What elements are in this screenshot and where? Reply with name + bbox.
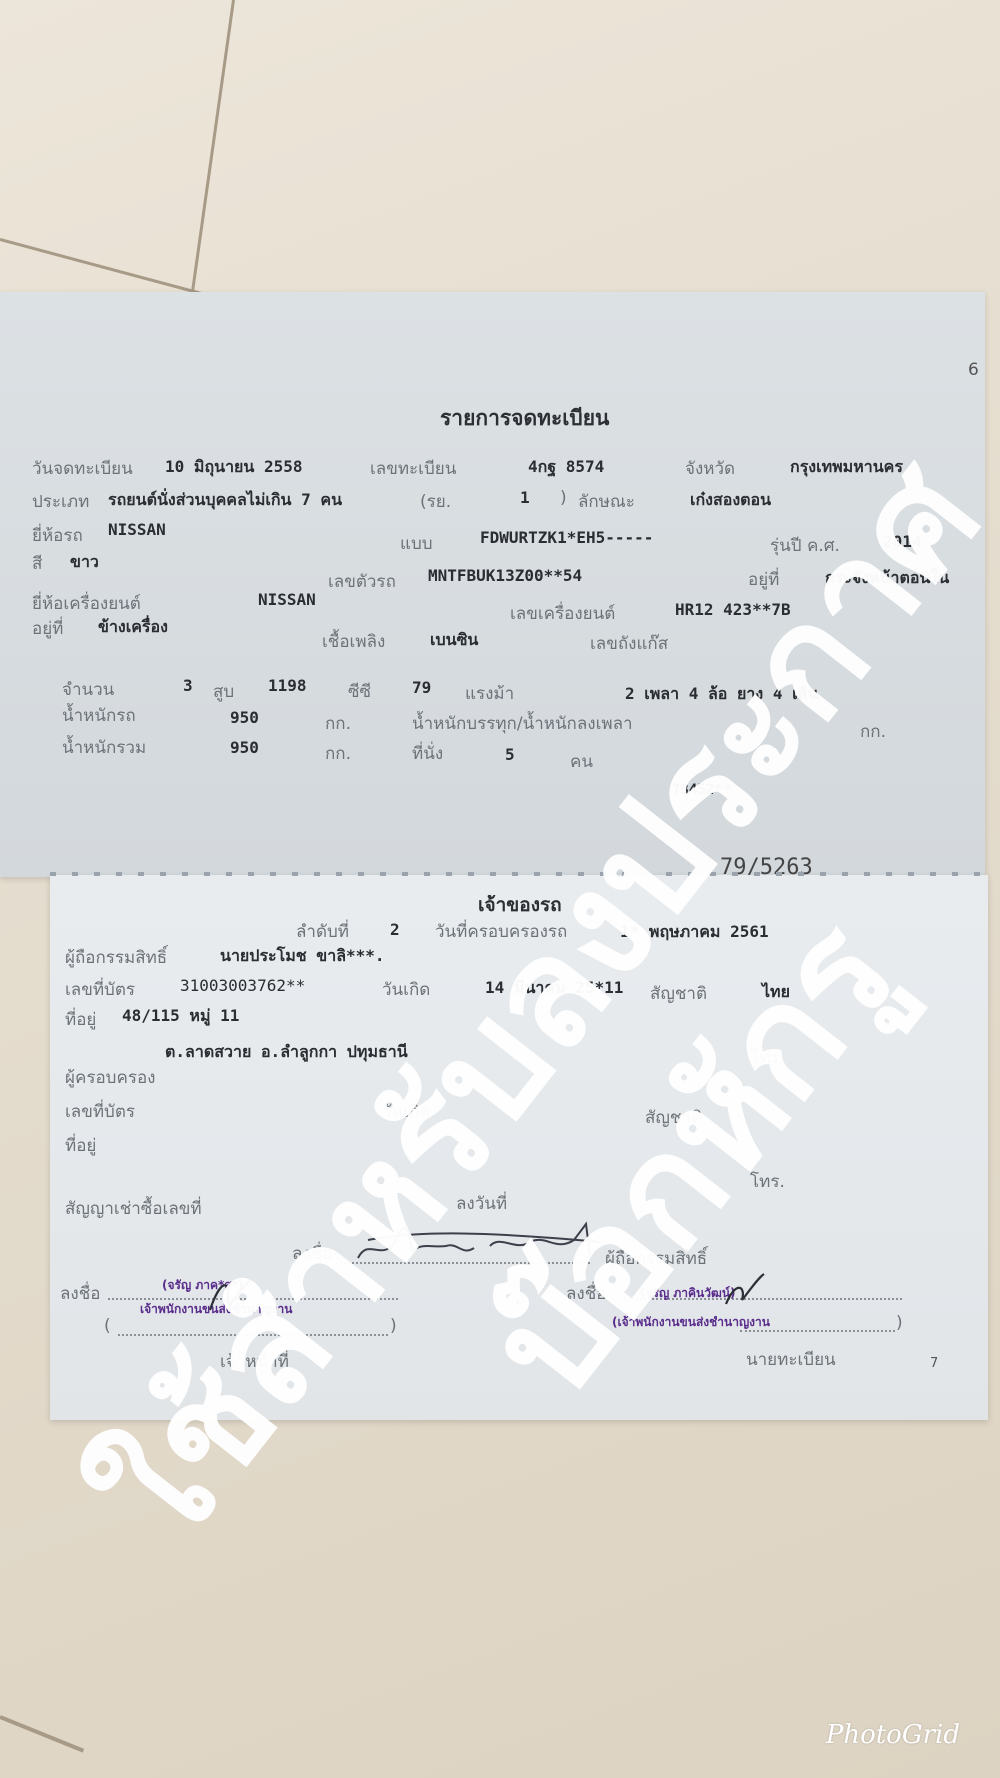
- weight-label: น้ำหนักรถ: [62, 702, 136, 729]
- officer-sign-label: ลงชื่อ: [60, 1280, 100, 1307]
- reg-date-value: 10 มิถุนายน 2558: [165, 455, 303, 480]
- address-line-1: 48/115 หมู่ 11: [122, 1004, 239, 1029]
- cc-unit: ซีซี: [348, 678, 371, 705]
- gross-value: 950: [230, 738, 259, 757]
- engine-make-value: NISSAN: [258, 590, 316, 609]
- weight-value: 950: [230, 708, 259, 727]
- possessor-id-label: เลขที่บัตร: [65, 1098, 135, 1125]
- cylinders-label: จำนวน: [62, 676, 114, 703]
- make-label: ยี่ห้อรถ: [32, 522, 83, 549]
- page-title: รายการจดทะเบียน: [440, 402, 609, 435]
- engine-location-label: อยู่ที่: [32, 615, 63, 642]
- page-number: 7: [930, 1356, 938, 1371]
- id-label: เลขที่บัตร: [65, 976, 135, 1003]
- color-label: สี: [32, 550, 42, 577]
- weight-unit: กก.: [325, 710, 351, 737]
- vin-label: เลขตัวรถ: [328, 568, 396, 595]
- plate-label: เลขทะเบียน: [370, 455, 456, 482]
- hire-purchase-label: สัญญาเช่าซื้อเลขที่: [65, 1195, 202, 1222]
- owner-label: ผู้ถือกรรมสิทธิ์: [65, 944, 167, 971]
- possessor-address-label: ที่อยู่: [65, 1132, 96, 1159]
- model-value: FDWURTZK1*EH5-----: [480, 528, 653, 547]
- seats-label: ที่นั่ง: [412, 740, 443, 767]
- type-value: รถยนต์นั่งส่วนบุคคลไม่เกิน 7 คน: [108, 488, 342, 513]
- type-label: ประเภท: [32, 488, 89, 515]
- style-value: เก๋งสองตอน: [690, 488, 771, 513]
- hp-value: 79: [412, 678, 431, 697]
- gas-tank-label: เลขถังแก๊ส: [590, 630, 668, 657]
- order-label: ลำดับที่: [296, 918, 349, 945]
- engine-no-label: เลขเครื่องยนต์: [510, 600, 615, 627]
- floor-tile-seam: [0, 1715, 84, 1752]
- engine-make-label: ยี่ห้อเครื่องยนต์: [32, 590, 141, 617]
- owner-name: นายประโมช ขาลิ***.: [220, 944, 385, 969]
- officer-paren: (: [104, 1316, 111, 1336]
- registrar-paren-close: ): [896, 1313, 903, 1333]
- address-label: ที่อยู่: [65, 1006, 96, 1033]
- gross-unit: กก.: [325, 740, 351, 767]
- plate-value: 4กฐ 8574: [528, 455, 604, 480]
- cylinders-unit: สูบ: [213, 678, 234, 705]
- model-label: แบบ: [400, 530, 433, 557]
- ry-label: (รย.: [420, 488, 451, 515]
- color-value: ขาว: [70, 550, 99, 575]
- engine-location-value: ข้างเครื่อง: [98, 615, 168, 640]
- seats-value: 5: [505, 745, 515, 764]
- floor-tile-seam: [190, 0, 235, 297]
- province-label: จังหวัด: [685, 455, 735, 482]
- id-value: 31003003762**: [180, 976, 305, 995]
- photogrid-logo: PhotoGrid: [826, 1720, 960, 1750]
- ry-close: ): [560, 488, 567, 508]
- gross-label: น้ำหนักรวม: [62, 734, 146, 761]
- ry-value: 1: [520, 488, 530, 507]
- reg-date-label: วันจดทะเบียน: [32, 455, 133, 482]
- style-label: ลักษณะ: [578, 488, 635, 515]
- fuel-label: เชื้อเพลิง: [322, 628, 385, 655]
- fuel-value: เบนซิน: [430, 628, 478, 653]
- page-number: 6: [968, 360, 979, 380]
- hp-unit: แรงม้า: [465, 680, 514, 707]
- registrar-role: นายทะเบียน: [746, 1346, 836, 1373]
- order-value: 2: [390, 920, 400, 939]
- registrar-name-line: [740, 1330, 895, 1332]
- vin-value: MNTFBUK13Z00**54: [428, 566, 582, 585]
- possessor-label: ผู้ครอบครอง: [65, 1064, 155, 1091]
- cylinders-value: 3: [183, 676, 193, 695]
- make-value: NISSAN: [108, 520, 166, 539]
- cc-value: 1198: [268, 676, 307, 695]
